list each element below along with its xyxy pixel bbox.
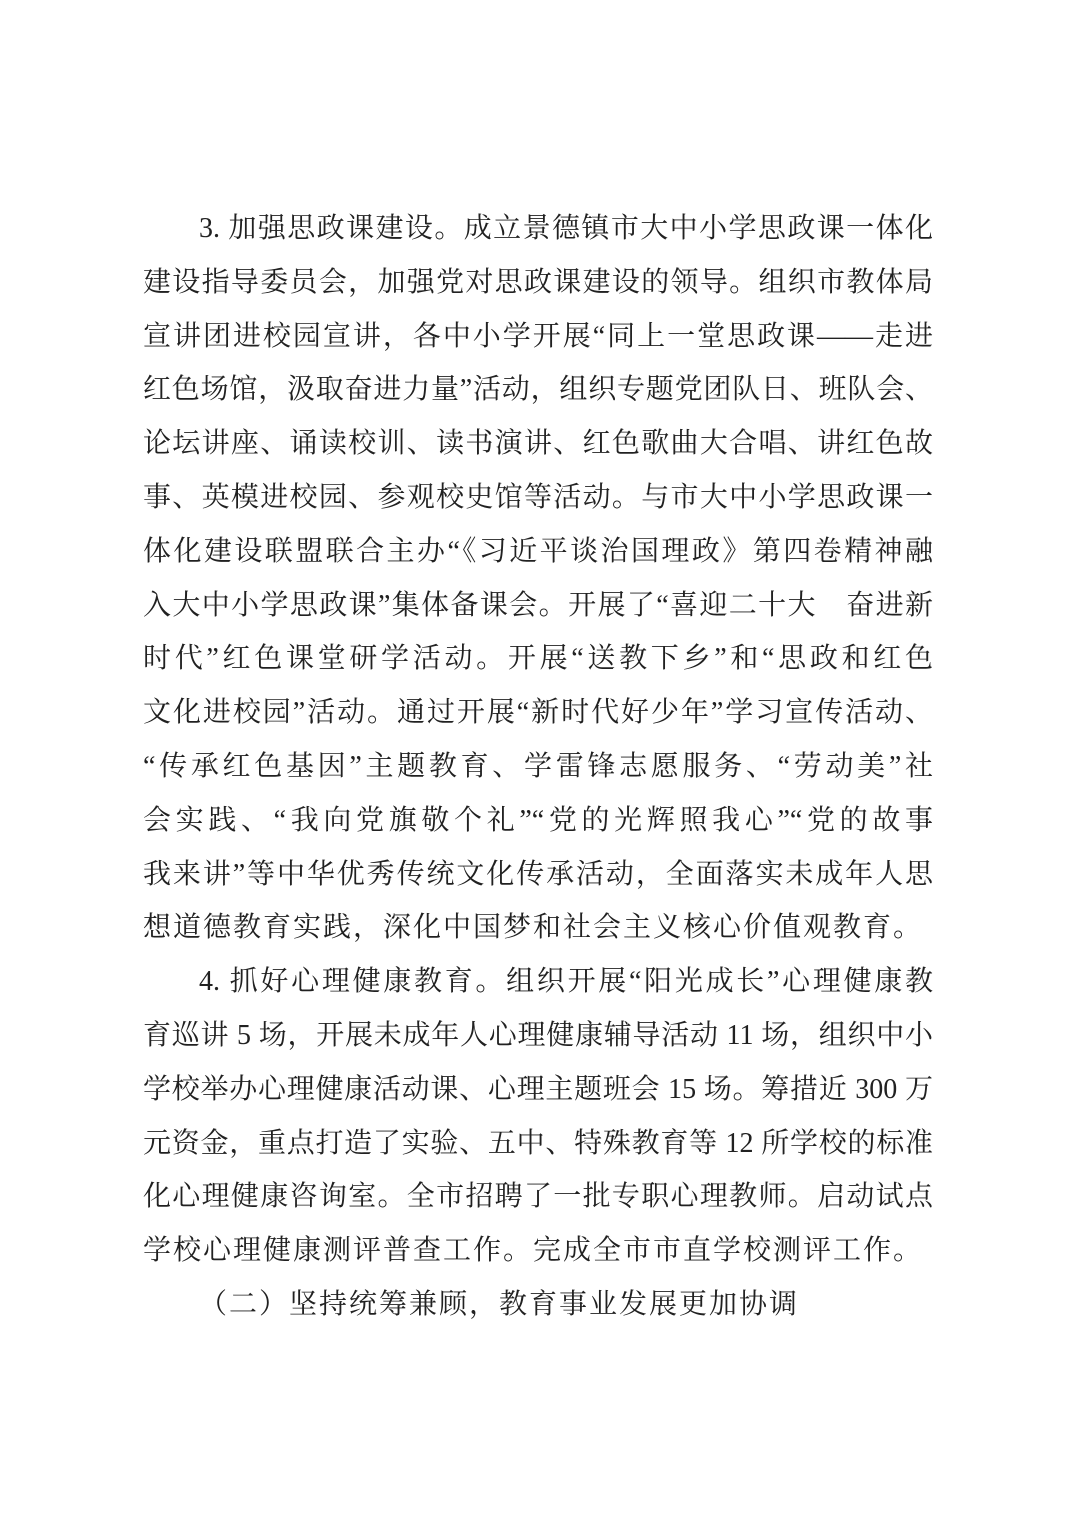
document-page: 3. 加强思政课建设。成立景德镇市大中小学思政课一体化建设指导委员会，加强党对思…: [0, 0, 1074, 1520]
text-line: 入大中小学思政课”集体备课会。开展了“喜迎二十大 奋进新: [143, 579, 933, 633]
text-line: 想道德教育实践，深化中国梦和社会主义核心价值观教育。: [143, 901, 933, 955]
document-body: 3. 加强思政课建设。成立景德镇市大中小学思政课一体化建设指导委员会，加强党对思…: [143, 202, 933, 1332]
text-line: “传承红色基因”主题教育、学雷锋志愿服务、“劳动美”社: [143, 740, 933, 794]
text-line: 宣讲团进校园宣讲，各中小学开展“同上一堂思政课——走进: [143, 310, 933, 364]
text-line: 论坛讲座、诵读校训、读书演讲、红色歌曲大合唱、讲红色故: [143, 417, 933, 471]
text-line: 我来讲”等中华优秀传统文化传承活动，全面落实未成年人思: [143, 848, 933, 902]
section-heading: （二）坚持统筹兼顾，教育事业发展更加协调: [143, 1278, 933, 1332]
text-line: 元资金，重点打造了实验、五中、特殊教育等 12 所学校的标准: [143, 1117, 933, 1171]
text-line: 体化建设联盟联合主办“《习近平谈治国理政》第四卷精神融: [143, 525, 933, 579]
text-line: 育巡讲 5 场，开展未成年人心理健康辅导活动 11 场，组织中小: [143, 1009, 933, 1063]
text-line: 时代”红色课堂研学活动。开展“送教下乡”和“思政和红色: [143, 632, 933, 686]
text-line: 化心理健康咨询室。全市招聘了一批专职心理教师。启动试点: [143, 1170, 933, 1224]
text-line: 建设指导委员会，加强党对思政课建设的领导。组织市教体局: [143, 256, 933, 310]
text-line: 4. 抓好心理健康教育。组织开展“阳光成长”心理健康教: [143, 955, 933, 1009]
text-line: 红色场馆，汲取奋进力量”活动，组织专题党团队日、班队会、: [143, 363, 933, 417]
text-line: 事、英模进校园、参观校史馆等活动。与市大中小学思政课一: [143, 471, 933, 525]
text-line: 会实践、“我向党旗敬个礼”“党的光辉照我心”“党的故事: [143, 794, 933, 848]
text-line: 文化进校园”活动。通过开展“新时代好少年”学习宣传活动、: [143, 686, 933, 740]
text-line: 学校心理健康测评普查工作。完成全市市直学校测评工作。: [143, 1224, 933, 1278]
text-line: 学校举办心理健康活动课、心理主题班会 15 场。筹措近 300 万: [143, 1063, 933, 1117]
text-line: 3. 加强思政课建设。成立景德镇市大中小学思政课一体化: [143, 202, 933, 256]
